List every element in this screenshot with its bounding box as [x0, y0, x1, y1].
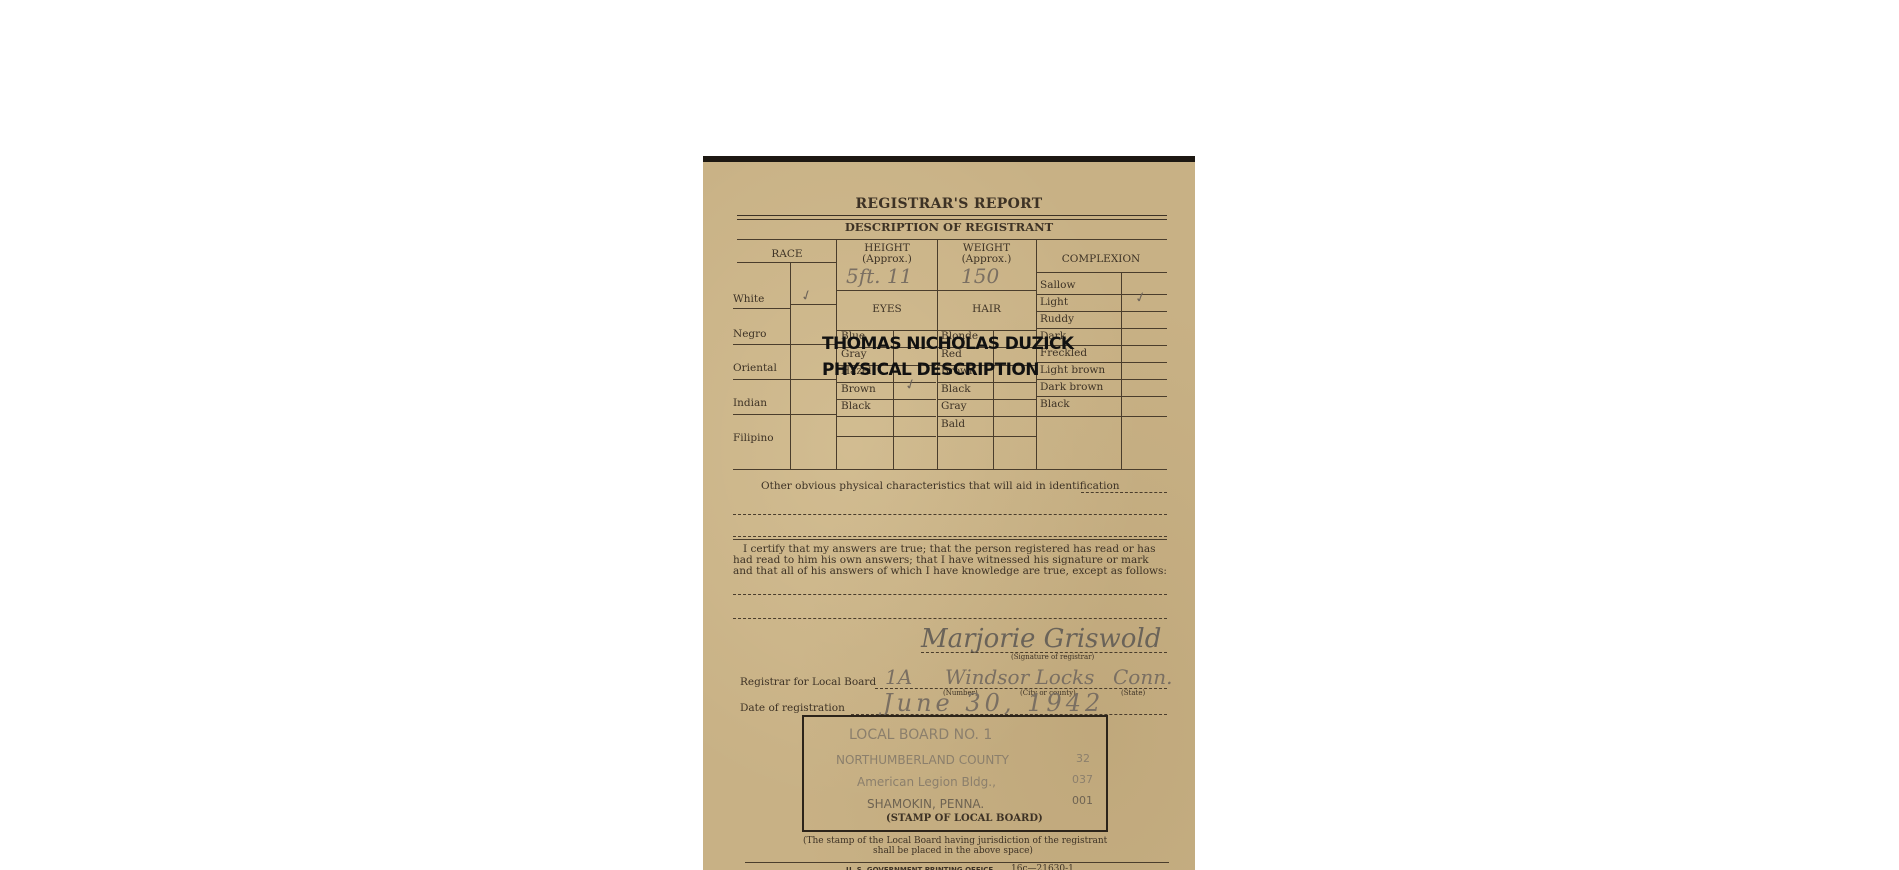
stamp-county: NORTHUMBERLAND COUNTY [836, 753, 1009, 767]
weight-header: WEIGHT (Approx.) [937, 243, 1036, 265]
other-characteristics-line [733, 514, 1167, 515]
eyes-brown: Brown [841, 383, 876, 395]
registrar-report-card: REGISTRAR'S REPORT DESCRIPTION OF REGIST… [703, 156, 1195, 870]
race-filipino: Filipino [733, 432, 774, 444]
local-board-stamp-box: LOCAL BOARD NO. 1 NORTHUMBERLAND COUNTY … [802, 715, 1108, 832]
race-negro: Negro [733, 328, 766, 340]
board-city-value: Windsor Locks [945, 665, 1094, 689]
race-row-rule [733, 308, 790, 309]
stamp-code-2: 037 [1072, 773, 1093, 786]
certification-text: I certify that my answers are true; that… [733, 544, 1169, 577]
height-value: 5ft. 11 [846, 264, 912, 288]
weight-value: 150 [961, 264, 999, 288]
hair-header: HAIR [937, 304, 1036, 315]
section-rule [733, 539, 1167, 540]
complexion-row-rule [1036, 396, 1167, 397]
form-title: REGISTRAR'S REPORT [703, 196, 1195, 212]
race-check-divider [790, 262, 791, 469]
race-header: RACE [741, 249, 833, 260]
height-header: HEIGHT (Approx.) [837, 243, 937, 265]
document-title-overlay: THOMAS NICHOLAS DUZICK PHYSICAL DESCRIPT… [822, 331, 1073, 383]
registrar-board-label: Registrar for Local Board [740, 676, 876, 688]
hair-row-rule [937, 436, 1036, 437]
other-characteristics-line [733, 536, 1167, 537]
signature-caption: (Signature of registrar) [1011, 653, 1094, 661]
eyes-header: EYES [837, 304, 937, 315]
eyes-row-rule [837, 436, 936, 437]
eyes-black: Black [841, 400, 871, 412]
date-label: Date of registration [740, 702, 845, 714]
hair-bald: Bald [941, 418, 965, 430]
race-white-check-icon: ✓ [799, 286, 815, 305]
eyes-row-rule [837, 416, 936, 417]
registrar-signature: Marjorie Griswold [921, 624, 1161, 654]
stamp-note-line-1: (The stamp of the Local Board having jur… [803, 836, 1103, 846]
height-weight-rule [837, 290, 1036, 291]
document-heading: PHYSICAL DESCRIPTION [822, 357, 1073, 383]
complexion-ruddy: Ruddy [1040, 313, 1074, 325]
race-header-rule [737, 262, 836, 263]
hair-black: Black [941, 383, 971, 395]
complexion-row-rule [1036, 328, 1167, 329]
hair-row-rule [937, 416, 1036, 417]
race-row-rule [733, 344, 836, 345]
complexion-black: Black [1040, 398, 1070, 410]
race-row-rule [790, 304, 836, 305]
caption-state: (State) [1121, 689, 1145, 697]
other-characteristics-label: Other obvious physical characteristics t… [761, 480, 1120, 492]
exceptions-line [733, 618, 1167, 619]
race-white: White [733, 293, 764, 305]
stamp-code-1: 32 [1076, 752, 1090, 765]
board-number-value: 1A [885, 665, 912, 689]
stamp-city: SHAMOKIN, PENNA. [867, 797, 984, 811]
footer-rule [745, 862, 1169, 863]
form-subtitle: DESCRIPTION OF REGISTRANT [703, 220, 1195, 234]
complexion-row-rule [1036, 416, 1167, 417]
stamp-code-3: 001 [1072, 794, 1093, 807]
stamp-note-line-2: shall be placed in the above space) [803, 846, 1103, 856]
race-row-rule [733, 379, 836, 380]
race-oriental: Oriental [733, 362, 777, 374]
stamp-note: (The stamp of the Local Board having jur… [803, 836, 1103, 856]
complexion-sallow: Sallow [1040, 279, 1075, 291]
other-characteristics-line [1081, 492, 1167, 493]
table-top-rule [737, 239, 1167, 240]
complexion-light-check-icon: ✓ [1133, 289, 1148, 307]
race-row-rule [733, 414, 836, 415]
complexion-row-rule [1036, 311, 1167, 312]
stamp-board-name: LOCAL BOARD NO. 1 [849, 727, 992, 743]
form-number: 16c—21630-1 [1011, 864, 1074, 870]
table-bottom-rule [733, 469, 1167, 470]
complexion-header: COMPLEXION [1036, 254, 1166, 265]
registrant-name: THOMAS NICHOLAS DUZICK [822, 331, 1073, 357]
date-value: June 30, 1942 [883, 689, 1104, 717]
complexion-light: Light [1040, 296, 1068, 308]
stamp-caption: (STAMP OF LOCAL BOARD) [886, 813, 1043, 824]
race-indian: Indian [733, 397, 767, 409]
board-state-value: Conn. [1113, 665, 1172, 689]
complexion-check-divider [1121, 272, 1122, 469]
complexion-row-rule [1036, 294, 1167, 295]
hair-gray: Gray [941, 400, 967, 412]
exceptions-line [733, 594, 1167, 595]
stamp-building: American Legion Bldg., [857, 775, 996, 789]
printer-label: U. S. GOVERNMENT PRINTING OFFICE [846, 866, 993, 870]
complexion-header-rule [1036, 272, 1167, 273]
